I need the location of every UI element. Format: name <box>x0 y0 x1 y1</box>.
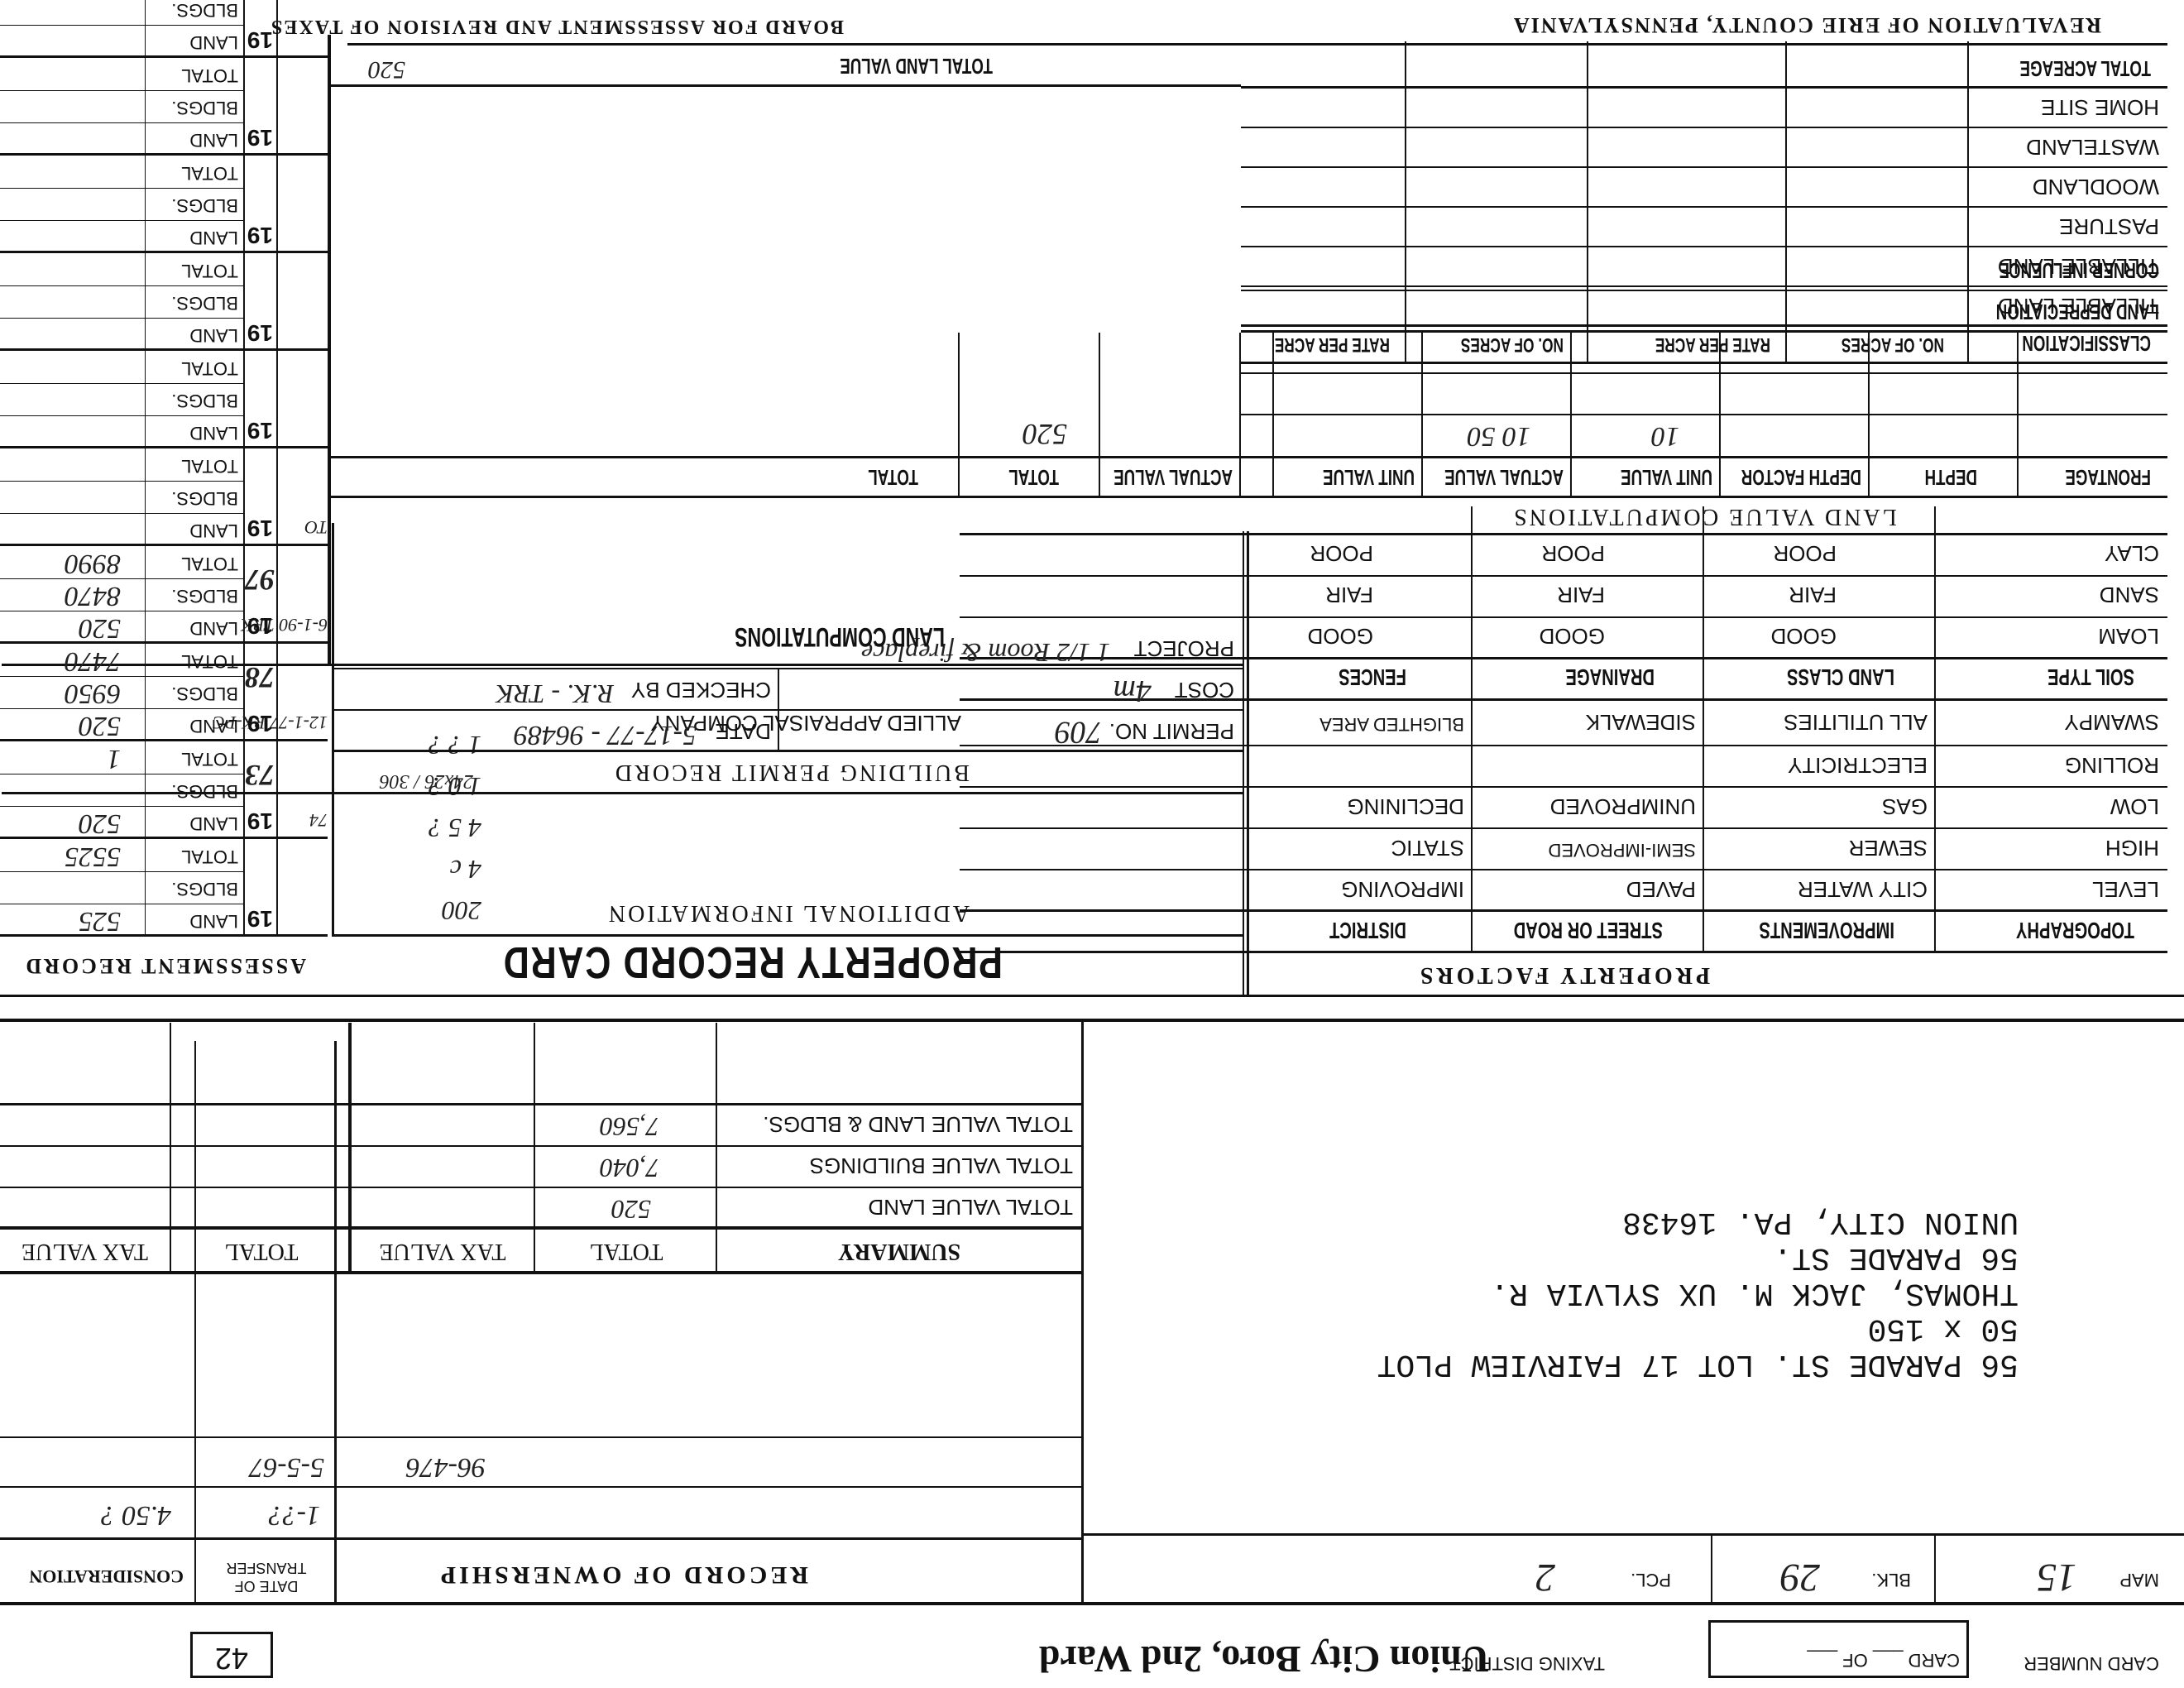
building-permit-title: BUILDING PERMIT RECORD <box>613 759 970 785</box>
factor-electricity: ELECTRICITY <box>1788 752 1928 778</box>
col-unit-value: UNIT VALUE <box>1621 464 1712 490</box>
acreage-classification: CLASSIFICATION NO. OF ACRES RATE PER ACR… <box>1241 33 2167 364</box>
permit-cost-label: COST <box>1175 677 1234 703</box>
assessment-year-block: 19LANDBLDGS.TOTAL <box>0 156 328 253</box>
row-label-total: TOTAL <box>181 650 238 672</box>
col-land-class: LAND CLASS <box>1787 664 1894 690</box>
blk-value: 29 <box>1780 1555 1820 1600</box>
assessment-note: 74 <box>309 809 328 831</box>
acreage-tillable-land: TILLABLE LAND <box>1998 293 2159 319</box>
summary-row-total: 520 <box>611 1194 651 1225</box>
col-unit-value-2: UNIT VALUE <box>1323 464 1415 490</box>
row-label-total: TOTAL <box>181 260 238 281</box>
board-title: BOARD FOR ASSESSMENT AND REVISION OF TAX… <box>270 15 844 37</box>
factor-unimproved: UNIMPROVED <box>1550 794 1696 819</box>
land-value-title: LAND VALUE COMPUTATIONS <box>1241 503 2167 530</box>
summary-tax-value-header: TAX VALUE <box>352 1238 534 1264</box>
additional-note: 4 5 ? <box>429 813 481 843</box>
map-value: 15 <box>2037 1555 2076 1600</box>
owner-street: 56 PARADE ST. <box>1377 1240 2019 1275</box>
total-acreage-label: TOTAL ACREAGE <box>2020 55 2151 81</box>
col-no-of-acres-2: NO. OF ACRES <box>1461 333 1564 356</box>
factor-blighted-area: BLIGHTED AREA <box>1319 713 1464 735</box>
factor-gas: GAS <box>1882 794 1928 819</box>
assessment-year-block: 12-1-77 RK-PC1978LAND520BLDGS.6950TOTAL7… <box>0 644 328 741</box>
property-line-1: 56 PARADE ST. LOT 17 FAIRVIEW PLOT <box>1377 1346 2019 1382</box>
drainage-fair: FAIR <box>1557 582 1605 607</box>
summary-row-label: TOTAL VALUE LAND & BLDGS. <box>763 1111 1073 1137</box>
row-label-land: LAND <box>189 324 238 346</box>
ownership-header: RECORD OF OWNERSHIP DATE OF TRANSFER CON… <box>0 1540 1081 1602</box>
summary-title: SUMMARY <box>717 1238 1081 1264</box>
factor-improving: IMPROVING <box>1341 876 1464 902</box>
taxing-district-label: TAXING DISTRICT <box>1514 1653 1605 1673</box>
assessment-total[interactable]: 7470 <box>65 645 121 677</box>
permit-cost-value[interactable]: 4m <box>1114 673 1152 709</box>
assessment-land[interactable]: 520 <box>79 612 121 644</box>
factor-high: HIGH <box>2105 835 2159 861</box>
assessment-total[interactable]: 5525 <box>65 841 121 872</box>
parcel-id-row: MAP 15 BLK. 29 PCL. 2 <box>1084 1536 2184 1602</box>
assessment-year: 78 <box>245 660 275 695</box>
assessment-year: 97 <box>245 563 275 597</box>
total-land-value-row: TOTAL LAND VALUE 520 <box>331 46 1241 87</box>
row-label-total: TOTAL <box>181 65 238 86</box>
col-soil-type: SOIL TYPE <box>2047 664 2134 690</box>
total-land-value-label: TOTAL LAND VALUE <box>840 53 993 79</box>
acreage-home-site: HOME SITE <box>2041 94 2159 120</box>
soil-sand: SAND <box>2100 582 2159 607</box>
year-prefix: 19 <box>247 808 273 834</box>
col-rate-per-acre-2: RATE PER ACRE <box>1275 333 1390 356</box>
permit-side-note: 24x26 / 306 <box>380 770 473 792</box>
factor-city-water: CITY WATER <box>1798 876 1928 902</box>
summary-row-total: 7,560 <box>600 1111 659 1142</box>
row-label-total: TOTAL <box>181 455 238 477</box>
assessment-title: ASSESSMENT RECORD <box>23 953 306 978</box>
row-label-bldgs: BLDGS. <box>171 97 238 118</box>
col-district: DISTRICT <box>1329 917 1406 943</box>
year-prefix: 19 <box>247 710 273 736</box>
taxing-district-value: Union City Boro, 2nd Ward <box>1039 1638 1489 1681</box>
ownership-rows: 1-?? 4.50 ? 96-476 5-5-67 <box>0 1438 1081 1537</box>
ownership-date: 1-?? <box>269 1499 320 1531</box>
row-label-total: TOTAL <box>181 846 238 867</box>
land-computations-label: LAND COMPUTATIONS <box>735 621 945 652</box>
owner-city: UNION CITY, PA. 16438 <box>1377 1204 2019 1240</box>
fences-fair: FAIR <box>1325 582 1373 607</box>
row-label-land: LAND <box>189 910 238 932</box>
acreage-wasteland: WASTELAND <box>2026 134 2159 160</box>
row-label-land: LAND <box>189 129 238 151</box>
col-total-2: TOTAL <box>868 464 918 490</box>
col-improvements: IMPROVEMENTS <box>1759 917 1894 943</box>
property-description: 56 PARADE ST. LOT 17 FAIRVIEW PLOT 50 x … <box>1377 1204 2019 1382</box>
assessment-year-block: 19LANDBLDGS.TOTAL <box>0 351 328 448</box>
row-label-total: TOTAL <box>181 553 238 574</box>
col-drainage: DRAINAGE <box>1565 664 1655 690</box>
row-label-bldgs: BLDGS. <box>171 292 238 314</box>
summary-row-label: TOTAL VALUE BUILDINGS <box>810 1153 1073 1178</box>
ownership-date: 5-5-67 <box>249 1451 324 1483</box>
row-label-bldgs: BLDGS. <box>171 194 238 216</box>
pcl-label: PCL. <box>1631 1569 1671 1590</box>
land-value-totals: ACTUAL VALUE TOTAL TOTAL 520 <box>331 333 1241 498</box>
factor-paved: PAVED <box>1626 876 1696 902</box>
col-rate-per-acre: RATE PER ACRE <box>1655 333 1770 356</box>
row-label-total: TOTAL <box>181 162 238 184</box>
row-label-bldgs: BLDGS. <box>171 683 238 704</box>
summary-row-total: 7,040 <box>600 1153 659 1183</box>
row-label-total: TOTAL <box>181 357 238 379</box>
year-prefix: 19 <box>247 905 273 932</box>
summary-total-header: TOTAL <box>535 1238 717 1264</box>
col-street-or-road: STREET OR ROAD <box>1514 917 1663 943</box>
col-depth-factor: DEPTH FACTOR <box>1741 464 1861 490</box>
date-of-transfer-label: DATE OF TRANSFER <box>200 1559 333 1595</box>
assessment-land[interactable]: 520 <box>79 808 121 839</box>
fences-good: GOOD <box>1308 623 1373 649</box>
land-class-poor: POOR <box>1773 540 1837 566</box>
box-number: 42 <box>190 1632 273 1678</box>
row-label-total: TOTAL <box>181 748 238 770</box>
assessment-year-block: 19LAND525BLDGS.TOTAL5525 <box>0 839 328 937</box>
col-no-of-acres: NO. OF ACRES <box>1842 333 1944 356</box>
assessment-land[interactable]: 520 <box>79 710 121 741</box>
permit-date-value[interactable]: 5-17-77 - 96489 <box>514 719 697 750</box>
factor-all-utilities: ALL UTILITIES <box>1784 709 1928 735</box>
summary-total-header-2: TOTAL <box>175 1238 348 1264</box>
soil-clay: CLAY <box>2105 540 2159 566</box>
row-label-land: LAND <box>189 422 238 444</box>
assessment-bldgs[interactable]: 8470 <box>65 580 121 611</box>
year-prefix: 19 <box>247 515 273 541</box>
factor-level: LEVEL <box>2092 876 2159 902</box>
permit-no-label: PERMIT NO. <box>1109 718 1234 744</box>
row-label-land: LAND <box>189 31 238 53</box>
summary-tax-value-header-2: TAX VALUE <box>0 1238 170 1264</box>
consideration-label: CONSIDERATION <box>29 1566 184 1587</box>
assessment-bldgs[interactable]: 6950 <box>65 678 121 709</box>
year-prefix: 19 <box>247 612 273 639</box>
assessment-year-block: 6-1-90 TRK1997LAND520BLDGS.8470TOTAL8990 <box>0 546 328 644</box>
card-number-label: CARD NUMBER <box>2024 1653 2159 1673</box>
row-label-bldgs: BLDGS. <box>171 390 238 411</box>
col-classification: CLASSIFICATION <box>2022 330 2151 356</box>
assessment-total[interactable]: 1 <box>107 743 121 774</box>
row-label-bldgs: BLDGS. <box>171 585 238 607</box>
factor-sewer: SEWER <box>1849 835 1928 861</box>
additional-note: 200 <box>442 895 481 926</box>
factor-swampy: SWAMPY <box>2064 709 2159 735</box>
row-label-bldgs: BLDGS. <box>171 780 238 802</box>
ownership-deed: 96-476 <box>406 1451 486 1483</box>
col-total: TOTAL <box>1008 464 1059 490</box>
col-actual-value: ACTUAL VALUE <box>1444 464 1564 490</box>
assessment-total[interactable]: 8990 <box>65 548 121 579</box>
factor-rolling: ROLLING <box>2065 752 2159 778</box>
drainage-poor: POOR <box>1541 540 1605 566</box>
total-land-value-amount: 520 <box>368 55 405 84</box>
row-label-bldgs: BLDGS. <box>171 0 238 21</box>
owner-name: THOMAS, JACK M. UX SYLVIA R. <box>1377 1275 2019 1311</box>
col-fences: FENCES <box>1339 664 1406 690</box>
property-record-card-title: PROPERTY RECORD CARD <box>502 937 1003 988</box>
assessment-record: 19LAND525BLDGS.TOTAL5525741973LAND520BLD… <box>0 43 328 937</box>
permit-no-value[interactable]: 709 <box>1055 714 1102 750</box>
assessment-note: TO <box>304 516 328 538</box>
factor-declining: DECLINING <box>1347 794 1464 819</box>
row-label-land: LAND <box>189 227 238 248</box>
assessment-year-block: 741973LAND520BLDGS.TOTAL1 <box>0 741 328 839</box>
pcl-value: 2 <box>1535 1555 1555 1600</box>
row-label-land: LAND <box>189 715 238 736</box>
blk-label: BLK. <box>1871 1569 1911 1590</box>
assessment-year: 73 <box>245 758 275 793</box>
map-label: MAP <box>2119 1569 2159 1590</box>
ownership-consideration: 4.50 ? <box>101 1499 171 1531</box>
soil-loam: LOAM <box>2098 623 2159 649</box>
additional-note: 4 c <box>450 854 481 885</box>
row-label-land: LAND <box>189 813 238 834</box>
year-prefix: 19 <box>247 124 273 151</box>
factor-semi-improved: SEMI-IMPROVED <box>1549 839 1696 861</box>
col-actual-value-2: ACTUAL VALUE <box>1114 464 1233 490</box>
row-label-land: LAND <box>189 520 238 541</box>
col-frontage: FRONTAGE <box>2065 464 2151 490</box>
year-prefix: 19 <box>247 319 273 346</box>
factor-sidewalk: SIDEWALK <box>1586 709 1696 735</box>
additional-info-title: ADDITIONAL INFORMATION <box>606 899 970 926</box>
revaluation-title: REVALUATION OF ERIE COUNTY, PENNSYLVANIA <box>1512 12 2101 37</box>
year-prefix: 19 <box>247 222 273 248</box>
drainage-good: GOOD <box>1540 623 1605 649</box>
col-topography: TOPOGRAPHY <box>2016 917 2134 943</box>
assessment-land[interactable]: 525 <box>79 905 121 937</box>
summary-row-label: TOTAL VALUE LAND <box>868 1194 1073 1220</box>
acreage-woodland: WOODLAND <box>2033 174 2159 199</box>
row-label-land: LAND <box>189 617 238 639</box>
factor-low: LOW <box>2110 794 2159 819</box>
ownership-title: RECORD OF OWNERSHIP <box>438 1561 808 1589</box>
summary-table: SUMMARY TOTAL TAX VALUE TOTAL TAX VALUE … <box>0 1023 1081 1271</box>
fences-poor: POOR <box>1310 540 1373 566</box>
factor-static: STATIC <box>1391 835 1464 861</box>
unit-value: 10 <box>1651 420 1679 452</box>
row-label-bldgs: BLDGS. <box>171 487 238 509</box>
col-depth: DEPTH <box>1925 464 1977 490</box>
assessment-year-block: 19LANDBLDGS.TOTAL <box>0 253 328 351</box>
property-record-card: CARD NUMBER CARD ___ OF ___ TAXING DISTR… <box>0 0 2184 1688</box>
acreage-tillable-land-2: TILLABLE LAND <box>1998 253 2159 279</box>
assessment-year-block: TO19LANDBLDGS.TOTAL <box>0 448 328 546</box>
assessment-year-block: 19LANDBLDGS.TOTAL <box>0 58 328 156</box>
card-of-box[interactable]: CARD ___ OF ___ <box>1708 1620 1969 1678</box>
row-label-bldgs: BLDGS. <box>171 878 238 899</box>
land-total-value: 520 <box>1023 417 1067 452</box>
card-of-label: CARD ___ OF ___ <box>1807 1649 1960 1671</box>
assessment-header: ASSESSMENT RECORD <box>0 937 331 995</box>
property-line-2: 50 x 150 <box>1377 1311 2019 1346</box>
year-prefix: 19 <box>247 417 273 444</box>
permit-date-label: DATE <box>716 718 771 744</box>
land-class-good: GOOD <box>1771 623 1837 649</box>
checked-by-value[interactable]: R.K. - TRK <box>496 679 614 709</box>
acreage-pasture: PASTURE <box>2059 213 2159 239</box>
land-class-fair: FAIR <box>1789 582 1837 607</box>
checked-by-label: CHECKED BY <box>631 677 771 703</box>
actual-value: 10 50 <box>1468 420 1531 452</box>
